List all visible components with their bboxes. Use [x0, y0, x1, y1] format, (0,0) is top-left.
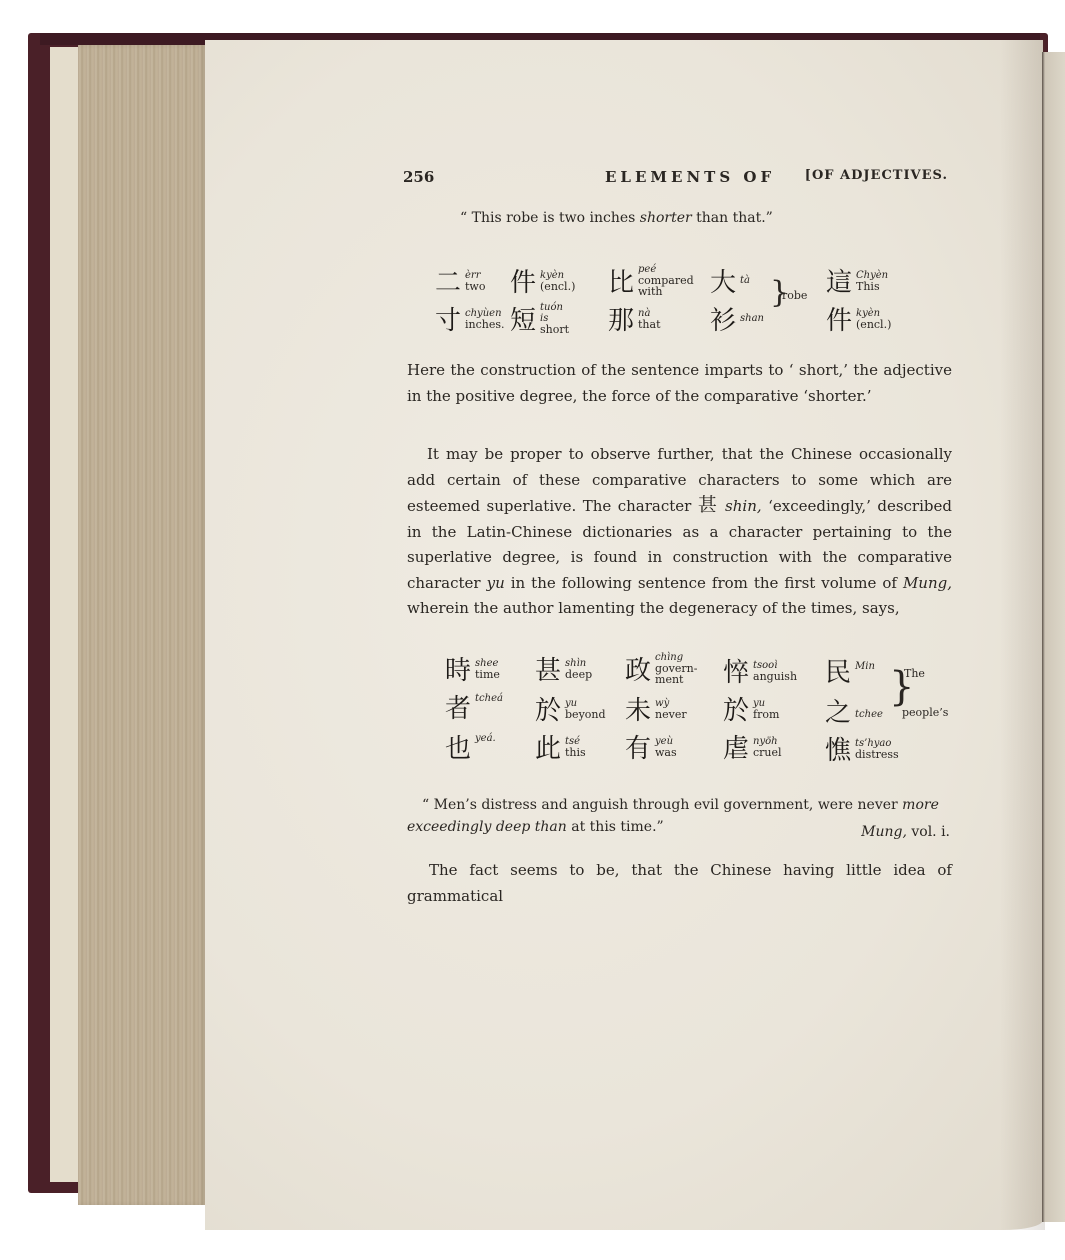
char-cell: 者tcheá: [445, 688, 503, 725]
char-cell: 民Min: [825, 652, 875, 689]
char-cell: 這 ChyènThis: [826, 262, 888, 299]
romanization: nyöh: [753, 736, 782, 747]
char-cell: 此tséthis: [535, 728, 586, 765]
chinese-char: 者: [445, 688, 471, 725]
gutter-shadow: [1000, 40, 1045, 1230]
romanization: yu: [753, 698, 779, 709]
running-title: ELEMENTS OF: [605, 168, 775, 186]
chinese-char: 政: [625, 650, 651, 687]
romanization: kyèn: [856, 308, 891, 319]
chinese-char: 衫: [710, 300, 736, 337]
chinese-char: 憔: [825, 730, 851, 767]
chinese-char: 短: [510, 300, 536, 337]
romanization: tcheá: [475, 693, 503, 704]
gloss: never: [655, 709, 687, 720]
char-cell: 之tchee: [825, 692, 883, 729]
chinese-char: 甚: [535, 650, 561, 687]
romanization: tuón is: [540, 302, 569, 324]
translation-text: “ Men’s distress and anguish through evi…: [422, 797, 902, 813]
paragraph-2: It may be proper to observe further, tha…: [407, 442, 952, 622]
paragraph-text: wherein the author lamenting the degener…: [407, 599, 900, 617]
chinese-char: 寸: [435, 300, 461, 337]
char-cell: 有yeùwas: [625, 728, 677, 765]
gloss: was: [655, 747, 677, 758]
gloss: inches.: [465, 319, 505, 330]
chinese-char: 時: [445, 650, 471, 687]
chinese-char: 有: [625, 728, 651, 765]
chinese-char: 件: [826, 300, 852, 337]
chinese-char: 未: [625, 690, 651, 727]
char-cell: 件 kyèn(encl.): [826, 300, 891, 337]
chinese-char: 於: [723, 690, 749, 727]
char-cell: 未wỳnever: [625, 690, 687, 727]
gloss: (encl.): [856, 319, 891, 330]
citation-source: Mung,: [861, 824, 907, 840]
romanization: Chyèn: [856, 270, 888, 281]
char-cell: 大 tà: [710, 262, 750, 299]
brace-label-top: The: [904, 667, 925, 680]
chinese-char: 之: [825, 692, 851, 729]
gloss: time: [475, 669, 500, 680]
gloss: from: [753, 709, 779, 720]
gloss: cruel: [753, 747, 782, 758]
translation-emphasis: shorter: [640, 210, 692, 226]
romanization: tsé: [565, 736, 586, 747]
page-edges: [78, 45, 206, 1205]
char-cell: 寸 chyùeninches.: [435, 300, 505, 337]
gloss: compared with: [638, 275, 692, 297]
romanization: kyèn: [540, 270, 575, 281]
romanization: shan: [740, 313, 764, 324]
brace-label-bottom: people’s: [902, 706, 948, 719]
char-cell: 悴tsooìanguish: [723, 652, 797, 689]
char-cell: 二 èrrtwo: [435, 262, 485, 299]
gloss: This: [856, 281, 888, 292]
chinese-char: 比: [608, 262, 634, 299]
gloss: distress: [855, 749, 899, 760]
chinese-char: 二: [435, 262, 461, 299]
chinese-char: 這: [826, 262, 852, 299]
chinese-char: 虐: [723, 728, 749, 765]
example1-translation: “ This robe is two inches shorter than t…: [460, 210, 773, 226]
gloss: beyond: [565, 709, 606, 720]
endpaper: [50, 47, 80, 1182]
gloss: govern-ment: [655, 663, 701, 685]
emphasis: yu: [487, 574, 505, 592]
romanization: tchee: [855, 709, 883, 720]
running-header: 256 ELEMENTS OF [OF ADJECTIVES.: [403, 168, 948, 188]
romanization: tsooì: [753, 660, 797, 671]
romanization: ts’hyao: [855, 738, 899, 749]
romanization: yeù: [655, 736, 677, 747]
brace-label: robe: [782, 289, 807, 302]
translation-text-end: than that.”: [692, 210, 773, 226]
char-cell: 甚shìndeep: [535, 650, 592, 687]
citation: Mung, vol. i.: [861, 824, 950, 840]
romanization: tà: [740, 275, 750, 286]
citation-volume: vol. i.: [907, 824, 950, 840]
char-cell: 政chìnggovern-ment: [625, 650, 701, 687]
section-title: [OF ADJECTIVES.: [805, 168, 948, 183]
chinese-char: 此: [535, 728, 561, 765]
emphasis: Mung,: [903, 574, 952, 592]
romanization: nà: [638, 308, 660, 319]
char-cell: 也yeá.: [445, 728, 496, 765]
char-cell: 於yufrom: [723, 690, 779, 727]
romanization: wỳ: [655, 698, 687, 709]
chinese-char: 民: [825, 652, 851, 689]
facing-page-edge: [1042, 52, 1065, 1222]
chinese-char: 件: [510, 262, 536, 299]
translation-text: “ This robe is two inches: [460, 210, 640, 226]
romanization: Min: [855, 661, 875, 672]
gloss: that: [638, 319, 660, 330]
romanization: shee: [475, 658, 500, 669]
char-cell: 短 tuón isshort: [510, 300, 569, 337]
gloss: this: [565, 747, 586, 758]
char-cell: 於yubeyond: [535, 690, 606, 727]
paragraph-text: in the following sentence from the first…: [505, 574, 903, 592]
char-cell: 衫 shan: [710, 300, 764, 337]
paragraph-1: Here the construction of the sentence im…: [407, 358, 952, 409]
char-cell: 憔ts’hyaodistress: [825, 730, 899, 767]
romanization: èrr: [465, 270, 485, 281]
romanization: shìn: [565, 658, 592, 669]
paragraph-3: The fact seems to be, that the Chinese h…: [407, 858, 952, 909]
romanization: chyùen: [465, 308, 505, 319]
gloss: deep: [565, 669, 592, 680]
chinese-char: 大: [710, 262, 736, 299]
char-cell: 比 peécompared with: [608, 262, 692, 299]
romanization: yeá.: [475, 733, 496, 744]
char-cell: 時sheetime: [445, 650, 500, 687]
chinese-char: 那: [608, 300, 634, 337]
gloss: anguish: [753, 671, 797, 682]
gloss: (encl.): [540, 281, 575, 292]
inline-chinese-char: 甚: [698, 494, 719, 516]
gloss: short: [540, 324, 569, 335]
inline-romanization: shin,: [725, 497, 762, 515]
chinese-char: 也: [445, 728, 471, 765]
char-cell: 虐nyöhcruel: [723, 728, 782, 765]
chinese-char: 悴: [723, 652, 749, 689]
translation-text-end: at this time.”: [567, 819, 664, 835]
gloss: two: [465, 281, 485, 292]
char-cell: 件 kyèn(encl.): [510, 262, 575, 299]
page-number: 256: [403, 168, 434, 186]
romanization: yu: [565, 698, 606, 709]
char-cell: 那 nàthat: [608, 300, 661, 337]
chinese-char: 於: [535, 690, 561, 727]
